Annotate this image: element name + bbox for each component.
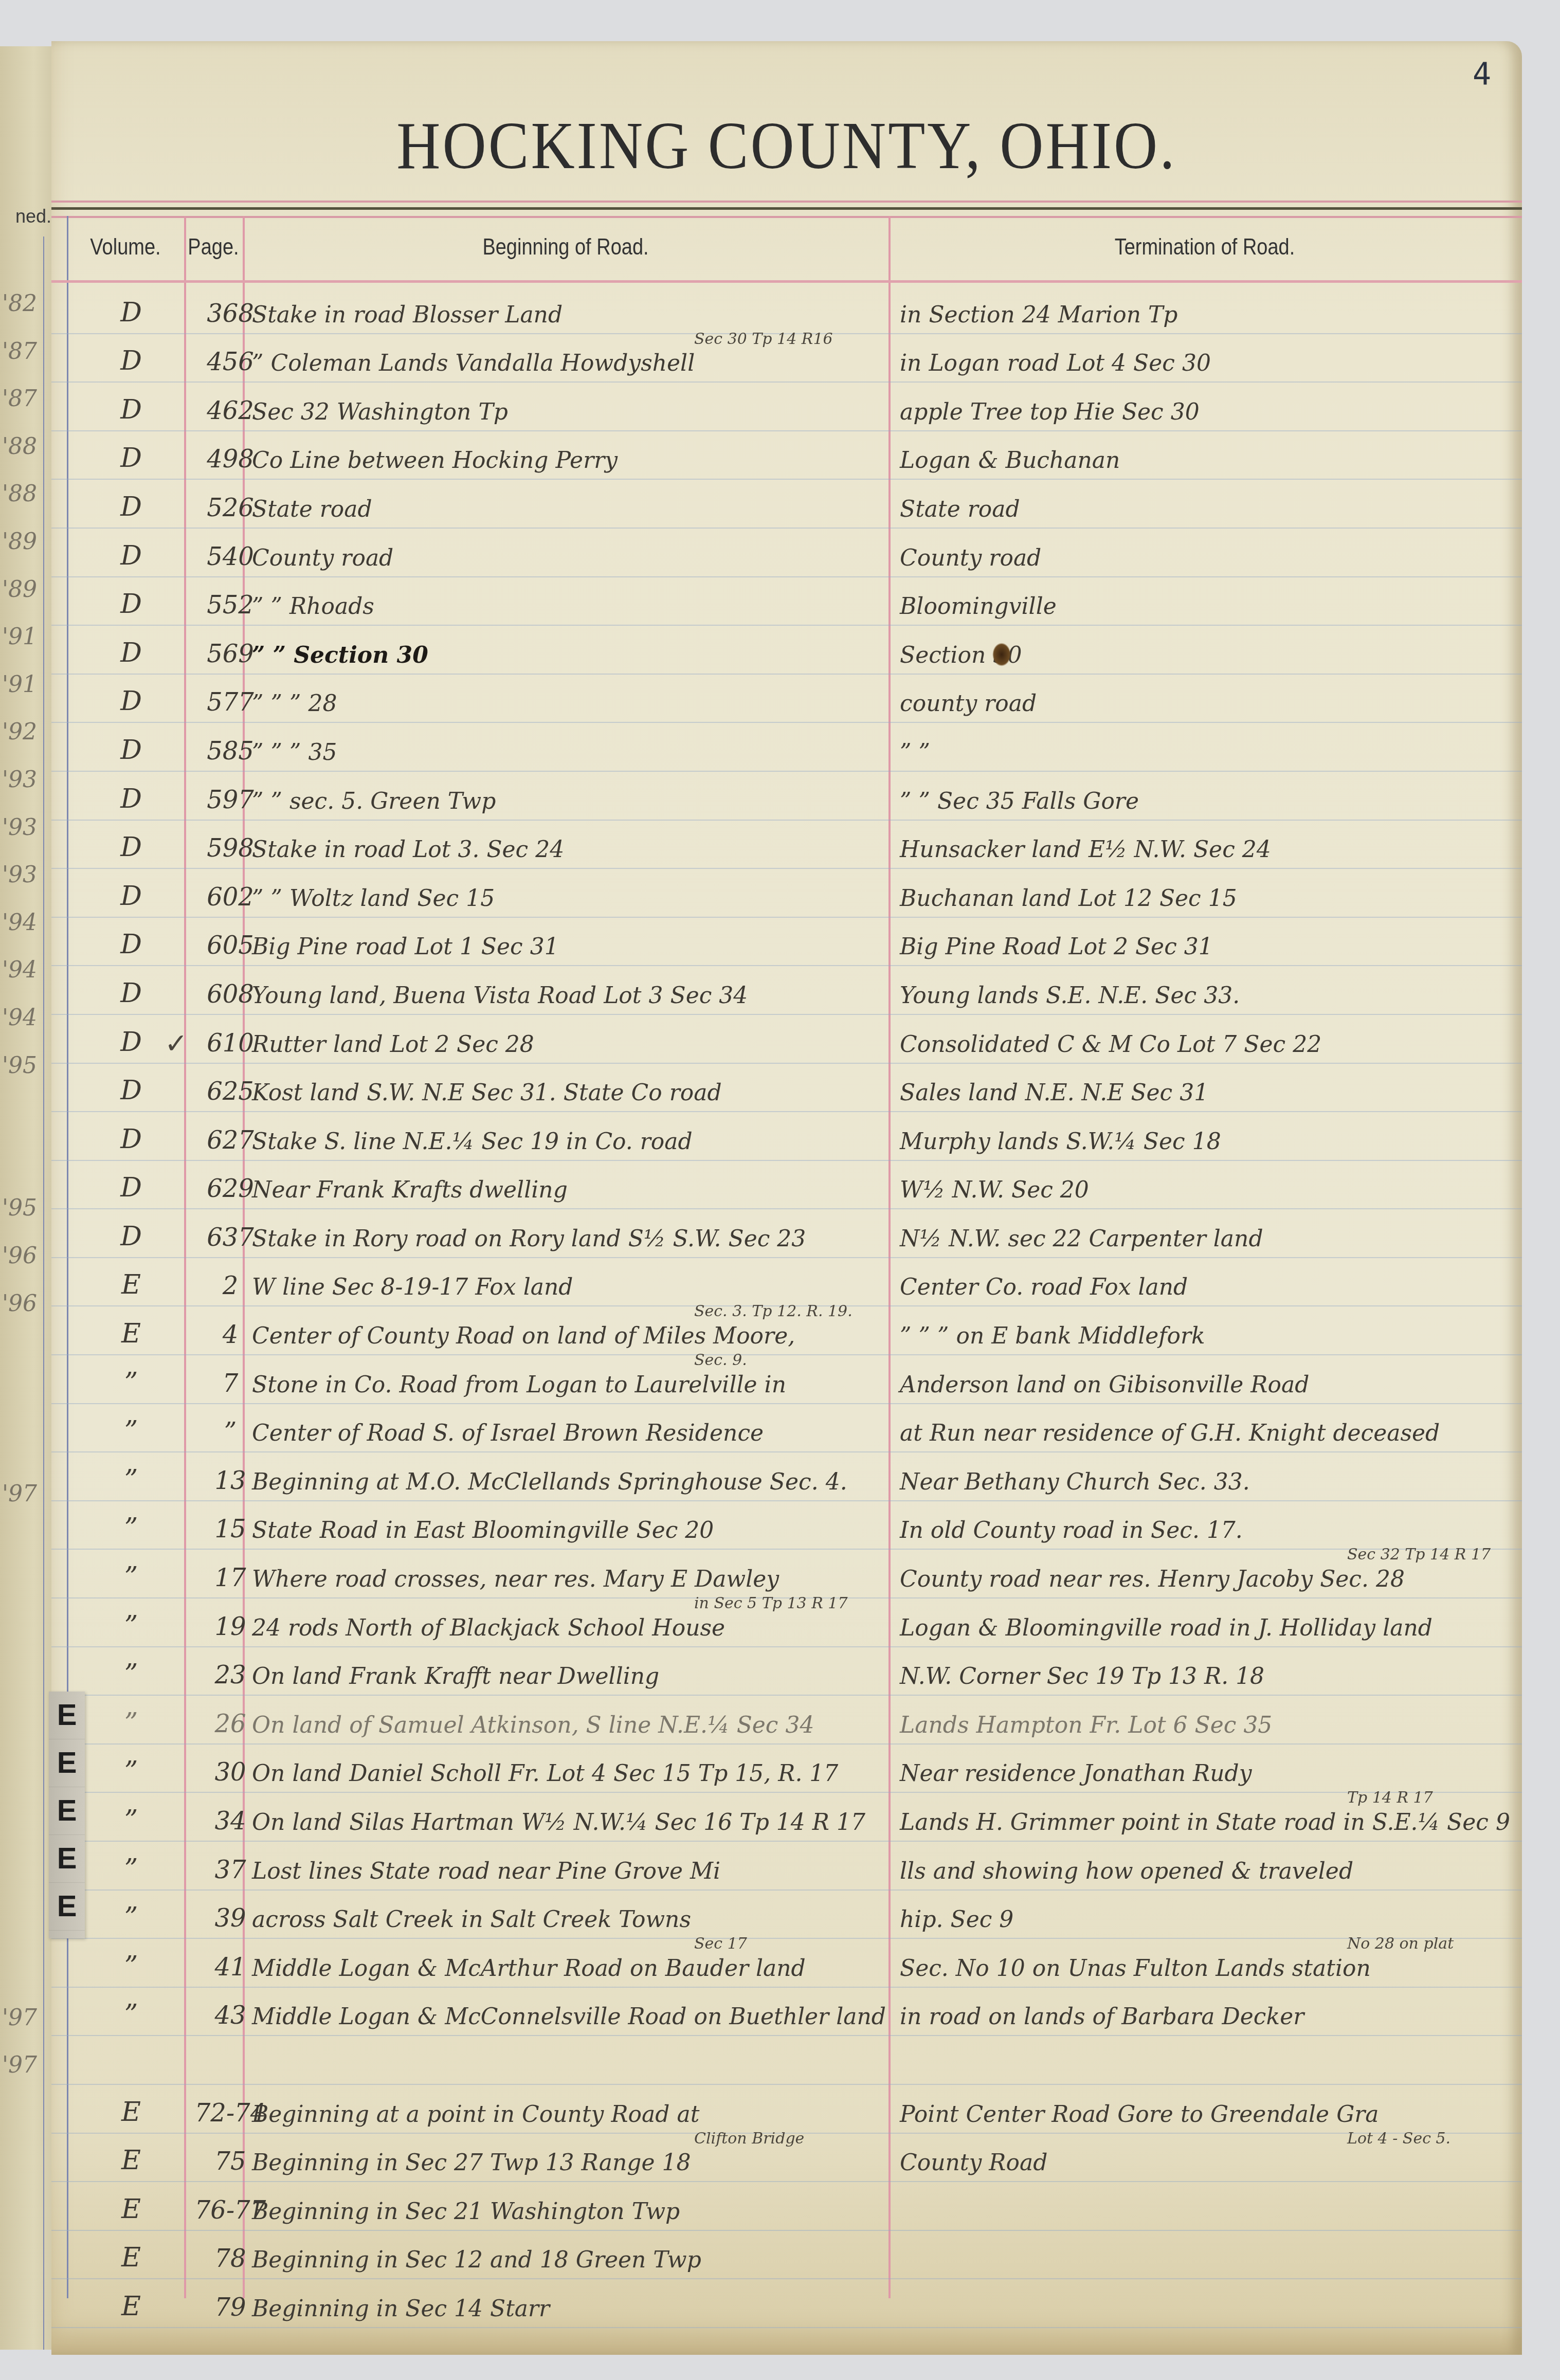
previous-page-year-fragment: '91 — [2, 624, 43, 650]
volume-cell: D — [82, 784, 180, 814]
beginning-cell: Big Pine road Lot 1 Sec 31 — [242, 934, 920, 960]
table-row: ”34On land Silas Hartman W½ N.W.¼ Sec 16… — [51, 1793, 1522, 1842]
table-row: D462Sec 32 Washington Tpapple Tree top H… — [51, 383, 1522, 431]
table-row — [51, 2036, 1522, 2085]
table-row: D627Stake S. line N.E.¼ Sec 19 in Co. ro… — [51, 1112, 1522, 1161]
volume-cell: D — [82, 297, 180, 328]
table-row: D368Stake in road Blosser Landin Section… — [51, 285, 1522, 334]
termination-cell: Point Center Road Gore to Greendale Gra — [890, 2101, 1507, 2128]
volume-cell: D — [82, 686, 180, 717]
beginning-cell: Stake in Rory road on Rory land S½ S.W. … — [242, 1226, 920, 1252]
road-record-table: Volume. Page. Beginning of Road. Termina… — [51, 216, 1522, 2298]
column-header-volume: Volume. — [67, 235, 184, 260]
table-row: ””Center of Road S. of Israel Brown Resi… — [51, 1404, 1522, 1453]
termination-cell: Lands Hampton Fr. Lot 6 Sec 35 — [890, 1712, 1507, 1738]
beginning-cell: Near Frank Krafts dwelling — [242, 1177, 920, 1203]
index-tab-e[interactable]: E — [49, 1692, 85, 1739]
beginning-cell: 24 rods North of Blackjack School House — [242, 1615, 920, 1641]
volume-cell: D — [82, 346, 180, 376]
beginning-cell: Stake in road Lot 3. Sec 24 — [242, 837, 920, 863]
volume-cell: D — [82, 1075, 180, 1106]
beginning-cell: Center of County Road on land of Miles M… — [242, 1323, 920, 1349]
volume-cell: E — [82, 1269, 180, 1300]
volume-cell: D — [82, 1172, 180, 1203]
beginning-cell: Stake S. line N.E.¼ Sec 19 in Co. road — [242, 1129, 920, 1155]
table-row: ”37Lost lines State road near Pine Grove… — [51, 1842, 1522, 1891]
volume-cell: ” — [82, 1610, 180, 1641]
volume-cell: E — [82, 2291, 180, 2322]
beginning-cell: Young land, Buena Vista Road Lot 3 Sec 3… — [242, 983, 920, 1009]
termination-cell: ” ” — [890, 739, 1507, 766]
termination-cell: Big Pine Road Lot 2 Sec 31 — [890, 934, 1507, 960]
volume-cell: ” — [82, 1367, 180, 1398]
table-row: ”23On land Frank Krafft near DwellingN.W… — [51, 1647, 1522, 1696]
volume-cell: D — [82, 394, 180, 425]
table-row: D597” ” sec. 5. Green Twp” ” Sec 35 Fall… — [51, 772, 1522, 821]
termination-cell: in Logan road Lot 4 Sec 30 — [890, 350, 1507, 376]
termination-cell: Near residence Jonathan Rudy — [890, 1760, 1507, 1787]
ink-stain — [992, 643, 1011, 666]
termination-cell: ” ” Sec 35 Falls Gore — [890, 788, 1507, 814]
termination-cell: lls and showing how opened & traveled — [890, 1858, 1507, 1884]
volume-cell: ” — [82, 1805, 180, 1836]
beginning-cell: Beginning in Sec 12 and 18 Green Twp — [242, 2247, 920, 2273]
beginning-cell: ” ” ” 35 — [242, 739, 920, 766]
previous-page-year-fragment: '89 — [2, 529, 43, 555]
beginning-annotation: Sec 30 Tp 14 R16 — [694, 330, 833, 348]
table-row: D598Stake in road Lot 3. Sec 24Hunsacker… — [51, 821, 1522, 869]
termination-cell: N½ N.W. sec 22 Carpenter land — [890, 1226, 1507, 1252]
table-row: ”15State Road in East Bloomingville Sec … — [51, 1501, 1522, 1550]
beginning-annotation: Sec. 3. Tp 12. R. 19. — [694, 1302, 852, 1320]
table-row: E78Beginning in Sec 12 and 18 Green Twp — [51, 2231, 1522, 2280]
termination-cell: Center Co. road Fox land — [890, 1274, 1507, 1300]
previous-page-year-fragment: '82 — [2, 290, 43, 317]
beginning-cell: Beginning in Sec 21 Washington Twp — [242, 2199, 920, 2225]
index-tabs: EEEEE — [49, 1692, 85, 1938]
termination-cell: County road near res. Henry Jacoby Sec. … — [890, 1566, 1507, 1592]
beginning-cell: Middle Logan & McArthur Road on Bauder l… — [242, 1955, 920, 1982]
volume-cell: D — [82, 443, 180, 474]
termination-cell: Logan & Buchanan — [890, 447, 1507, 474]
volume-cell: E — [82, 2242, 180, 2273]
volume-cell: D — [82, 881, 180, 912]
beginning-cell: Beginning at a point in County Road at — [242, 2101, 920, 2128]
beginning-cell: On land Daniel Scholl Fr. Lot 4 Sec 15 T… — [242, 1760, 920, 1787]
previous-page-edge: ned. '82'87'87'88'88'89'89'91'91'92'93'9… — [0, 46, 58, 2350]
termination-cell: in Section 24 Marion Tp — [890, 302, 1507, 328]
termination-cell: Buchanan land Lot 12 Sec 15 — [890, 885, 1507, 912]
termination-cell: Sales land N.E. N.E Sec 31 — [890, 1080, 1507, 1106]
beginning-cell: across Salt Creek in Salt Creek Towns — [242, 1906, 920, 1933]
table-row: D610Rutter land Lot 2 Sec 28Consolidated… — [51, 1015, 1522, 1064]
volume-cell: ” — [82, 1854, 180, 1884]
table-row: E72-74Beginning at a point in County Roa… — [51, 2085, 1522, 2134]
volume-cell: D — [82, 832, 180, 863]
table-row: ”13Beginning at M.O. McClellands Springh… — [51, 1452, 1522, 1501]
previous-page-year-fragment: '88 — [2, 481, 43, 507]
termination-cell: Lands H. Grimmer point in State road in … — [890, 1809, 1507, 1836]
header-double-rule — [51, 201, 1522, 218]
beginning-cell: Middle Logan & McConnelsville Road on Bu… — [242, 2004, 920, 2030]
table-row: ”43Middle Logan & McConnelsville Road on… — [51, 1988, 1522, 2037]
beginning-cell: On land Frank Krafft near Dwelling — [242, 1663, 920, 1689]
beginning-cell: Beginning in Sec 14 Starr — [242, 2296, 920, 2322]
previous-page-year-fragment: '97 — [2, 1481, 43, 1507]
beginning-cell: ” ” Section 30 — [242, 642, 920, 668]
table-row: D625Kost land S.W. N.E Sec 31. State Co … — [51, 1064, 1522, 1113]
volume-cell: D — [82, 735, 180, 766]
beginning-cell: ” ” Rhoads — [242, 593, 920, 620]
beginning-cell: Where road crosses, near res. Mary E Daw… — [242, 1566, 920, 1592]
beginning-cell: Sec 32 Washington Tp — [242, 399, 920, 425]
termination-cell: Sec. No 10 on Unas Fulton Lands station — [890, 1955, 1507, 1982]
previous-page-year-fragment: '97 — [2, 2005, 43, 2031]
volume-cell: ” — [82, 1659, 180, 1689]
table-row: ”30On land Daniel Scholl Fr. Lot 4 Sec 1… — [51, 1745, 1522, 1793]
table-row: D585” ” ” 35” ” — [51, 723, 1522, 772]
column-header-rule — [51, 280, 1522, 283]
table-row: E4Center of County Road on land of Miles… — [51, 1306, 1522, 1355]
volume-cell: E — [82, 2194, 180, 2225]
beginning-cell: Rutter land Lot 2 Sec 28 — [242, 1031, 920, 1058]
beginning-cell: Co Line between Hocking Perry — [242, 447, 920, 474]
previous-page-year-fragment: '94 — [2, 957, 43, 983]
table-row: ”26On land of Samuel Atkinson, S line N.… — [51, 1696, 1522, 1745]
table-row: D577” ” ” 28county road — [51, 675, 1522, 723]
previous-page-year-fragment: '93 — [2, 767, 43, 793]
termination-annotation: Sec 32 Tp 14 R 17 — [1347, 1546, 1491, 1564]
page-title: HOCKING COUNTY, OHIO. — [51, 106, 1522, 185]
table-row: D498Co Line between Hocking PerryLogan &… — [51, 431, 1522, 480]
previous-page-year-fragment: '96 — [2, 1243, 43, 1269]
beginning-cell: Beginning at M.O. McClellands Springhous… — [242, 1469, 920, 1495]
termination-cell: at Run near residence of G.H. Knight dec… — [890, 1420, 1507, 1446]
volume-cell: D — [82, 589, 180, 620]
beginning-annotation: Sec 17 — [694, 1935, 747, 1953]
index-tab-e[interactable]: E — [49, 1883, 85, 1931]
previous-page-year-fragment: '95 — [2, 1195, 43, 1221]
table-row: ”41Middle Logan & McArthur Road on Baude… — [51, 1939, 1522, 1988]
beginning-cell: Center of Road S. of Israel Brown Reside… — [242, 1420, 920, 1446]
table-row: D605Big Pine road Lot 1 Sec 31Big Pine R… — [51, 918, 1522, 967]
index-tab-e[interactable]: E — [49, 1835, 85, 1883]
table-row: D602” ” Woltz land Sec 15Buchanan land L… — [51, 869, 1522, 918]
index-tab-e[interactable]: E — [49, 1787, 85, 1835]
previous-page-year-fragment: '88 — [2, 433, 43, 460]
table-body: D368Stake in road Blosser Landin Section… — [51, 285, 1522, 2328]
termination-cell: N.W. Corner Sec 19 Tp 13 R. 18 — [890, 1663, 1507, 1689]
volume-cell: D — [82, 1221, 180, 1252]
beginning-cell: Stake in road Blosser Land — [242, 302, 920, 328]
table-row: D569” ” Section 30Section 30 — [51, 626, 1522, 675]
termination-cell: ” ” ” on E bank Middlefork — [890, 1323, 1507, 1349]
termination-cell: Near Bethany Church Sec. 33. — [890, 1469, 1507, 1495]
previous-page-year-fragment: '97 — [2, 2052, 43, 2078]
termination-cell: County road — [890, 545, 1507, 571]
termination-annotation: No 28 on plat — [1347, 1935, 1454, 1953]
termination-annotation: Tp 14 R 17 — [1347, 1789, 1433, 1807]
table-row: D456” Coleman Lands Vandalla Howdyshelli… — [51, 334, 1522, 383]
table-row: E76-77Beginning in Sec 21 Washington Twp — [51, 2182, 1522, 2231]
volume-cell: E — [82, 2145, 180, 2176]
volume-cell: ” — [82, 1951, 180, 1982]
termination-cell: County Road — [890, 2150, 1507, 2176]
table-row: E79Beginning in Sec 14 Starr — [51, 2279, 1522, 2328]
previous-page-year-fragment: '95 — [2, 1052, 43, 1079]
termination-cell: Consolidated C & M Co Lot 7 Sec 22 — [890, 1031, 1507, 1058]
termination-cell: in road on lands of Barbara Decker — [890, 2004, 1507, 2030]
volume-cell: ” — [82, 1707, 180, 1738]
previous-page-year-fragment: '96 — [2, 1291, 43, 1317]
table-row: ”7Stone in Co. Road from Logan to Laurel… — [51, 1355, 1522, 1404]
beginning-cell: ” ” ” 28 — [242, 691, 920, 717]
volume-cell: ” — [82, 1415, 180, 1446]
previous-page-rule — [43, 237, 44, 2350]
volume-cell: ” — [82, 1513, 180, 1543]
previous-page-year-fragment: '91 — [2, 671, 43, 698]
previous-page-year-fragment: '93 — [2, 814, 43, 841]
beginning-cell: W line Sec 8-19-17 Fox land — [242, 1274, 920, 1300]
termination-cell: hip. Sec 9 — [890, 1906, 1507, 1933]
column-header-page: Page. — [184, 235, 243, 260]
termination-cell: W½ N.W. Sec 20 — [890, 1177, 1507, 1203]
table-row: D526State roadState road — [51, 480, 1522, 529]
beginning-cell: County road — [242, 545, 920, 571]
beginning-cell: On land of Samuel Atkinson, S line N.E.¼… — [242, 1712, 920, 1738]
termination-cell: Murphy lands S.W.¼ Sec 18 — [890, 1129, 1507, 1155]
previous-page-year-fragment: '94 — [2, 910, 43, 936]
previous-page-year-fragment: '87 — [2, 338, 43, 365]
index-tab-e[interactable]: E — [49, 1739, 85, 1787]
volume-cell: D — [82, 492, 180, 522]
termination-cell: Bloomingville — [890, 593, 1507, 620]
termination-annotation: Lot 4 - Sec 5. — [1347, 2130, 1450, 2148]
volume-cell: D — [82, 1124, 180, 1155]
volume-cell: ” — [82, 1561, 180, 1592]
table-row: D629Near Frank Krafts dwellingW½ N.W. Se… — [51, 1161, 1522, 1210]
table-row: D552” ” RhoadsBloomingville — [51, 577, 1522, 626]
termination-cell: county road — [890, 691, 1507, 717]
table-row: ”17Where road crosses, near res. Mary E … — [51, 1550, 1522, 1598]
volume-cell: ” — [82, 1999, 180, 2030]
table-row: D637Stake in Rory road on Rory land S½ S… — [51, 1209, 1522, 1258]
beginning-annotation: Clifton Bridge — [694, 2130, 804, 2148]
volume-cell: ” — [82, 1756, 180, 1787]
termination-cell: State road — [890, 496, 1507, 522]
beginning-cell: Kost land S.W. N.E Sec 31. State Co road — [242, 1080, 920, 1106]
termination-cell: Section 30 — [890, 642, 1507, 668]
volume-cell: E — [82, 1318, 180, 1349]
checkmark-icon: ✓ — [165, 1027, 188, 1060]
volume-cell: ” — [82, 1902, 180, 1933]
volume-cell: ” — [82, 1464, 180, 1495]
termination-cell: Young lands S.E. N.E. Sec 33. — [890, 983, 1507, 1009]
previous-page-year-fragment: '93 — [2, 862, 43, 888]
beginning-cell: Stone in Co. Road from Logan to Laurelvi… — [242, 1372, 920, 1398]
volume-cell: D — [82, 978, 180, 1009]
column-header-beginning: Beginning of Road. — [243, 235, 888, 260]
beginning-cell: State road — [242, 496, 920, 522]
volume-cell: D — [82, 638, 180, 668]
beginning-cell: ” Coleman Lands Vandalla Howdyshell — [242, 350, 920, 376]
beginning-cell: ” ” Woltz land Sec 15 — [242, 885, 920, 912]
table-row: E2W line Sec 8-19-17 Fox landCenter Co. … — [51, 1258, 1522, 1307]
volume-cell: D — [82, 929, 180, 960]
previous-page-year-fragment: '89 — [2, 576, 43, 603]
previous-page-header-fragment: ned. — [0, 206, 51, 227]
page-number: 4 — [1473, 57, 1491, 93]
termination-cell: Anderson land on Gibisonville Road — [890, 1372, 1507, 1398]
beginning-cell: On land Silas Hartman W½ N.W.¼ Sec 16 Tp… — [242, 1809, 920, 1836]
volume-cell: E — [82, 2097, 180, 2128]
beginning-annotation: in Sec 5 Tp 13 R 17 — [694, 1594, 847, 1612]
volume-cell: D — [82, 540, 180, 571]
column-header-termination: Termination of Road. — [888, 235, 1521, 260]
table-row: E75Beginning in Sec 27 Twp 13 Range 18Co… — [51, 2134, 1522, 2183]
table-row: D540County roadCounty road — [51, 529, 1522, 577]
previous-page-year-fragment: '92 — [2, 719, 43, 745]
table-row: D608Young land, Buena Vista Road Lot 3 S… — [51, 966, 1522, 1015]
previous-page-year-fragment: '94 — [2, 1005, 43, 1031]
previous-page-year-fragment: '87 — [2, 386, 43, 412]
ledger-page: 4 HOCKING COUNTY, OHIO. Volume. Page. Be… — [51, 41, 1522, 2355]
beginning-cell: Beginning in Sec 27 Twp 13 Range 18 — [242, 2150, 920, 2176]
beginning-cell: Lost lines State road near Pine Grove Mi — [242, 1858, 920, 1884]
termination-cell: Hunsacker land E½ N.W. Sec 24 — [890, 837, 1507, 863]
beginning-cell: ” ” sec. 5. Green Twp — [242, 788, 920, 814]
beginning-annotation: Sec. 9. — [694, 1351, 747, 1369]
beginning-cell: State Road in East Bloomingville Sec 20 — [242, 1517, 920, 1543]
termination-cell: In old County road in Sec. 17. — [890, 1517, 1507, 1543]
termination-cell: Logan & Bloomingville road in J. Hollida… — [890, 1615, 1507, 1641]
termination-cell: apple Tree top Hie Sec 30 — [890, 399, 1507, 425]
table-row: ”1924 rods North of Blackjack School Hou… — [51, 1598, 1522, 1647]
table-row: ”39across Salt Creek in Salt Creek Towns… — [51, 1891, 1522, 1939]
